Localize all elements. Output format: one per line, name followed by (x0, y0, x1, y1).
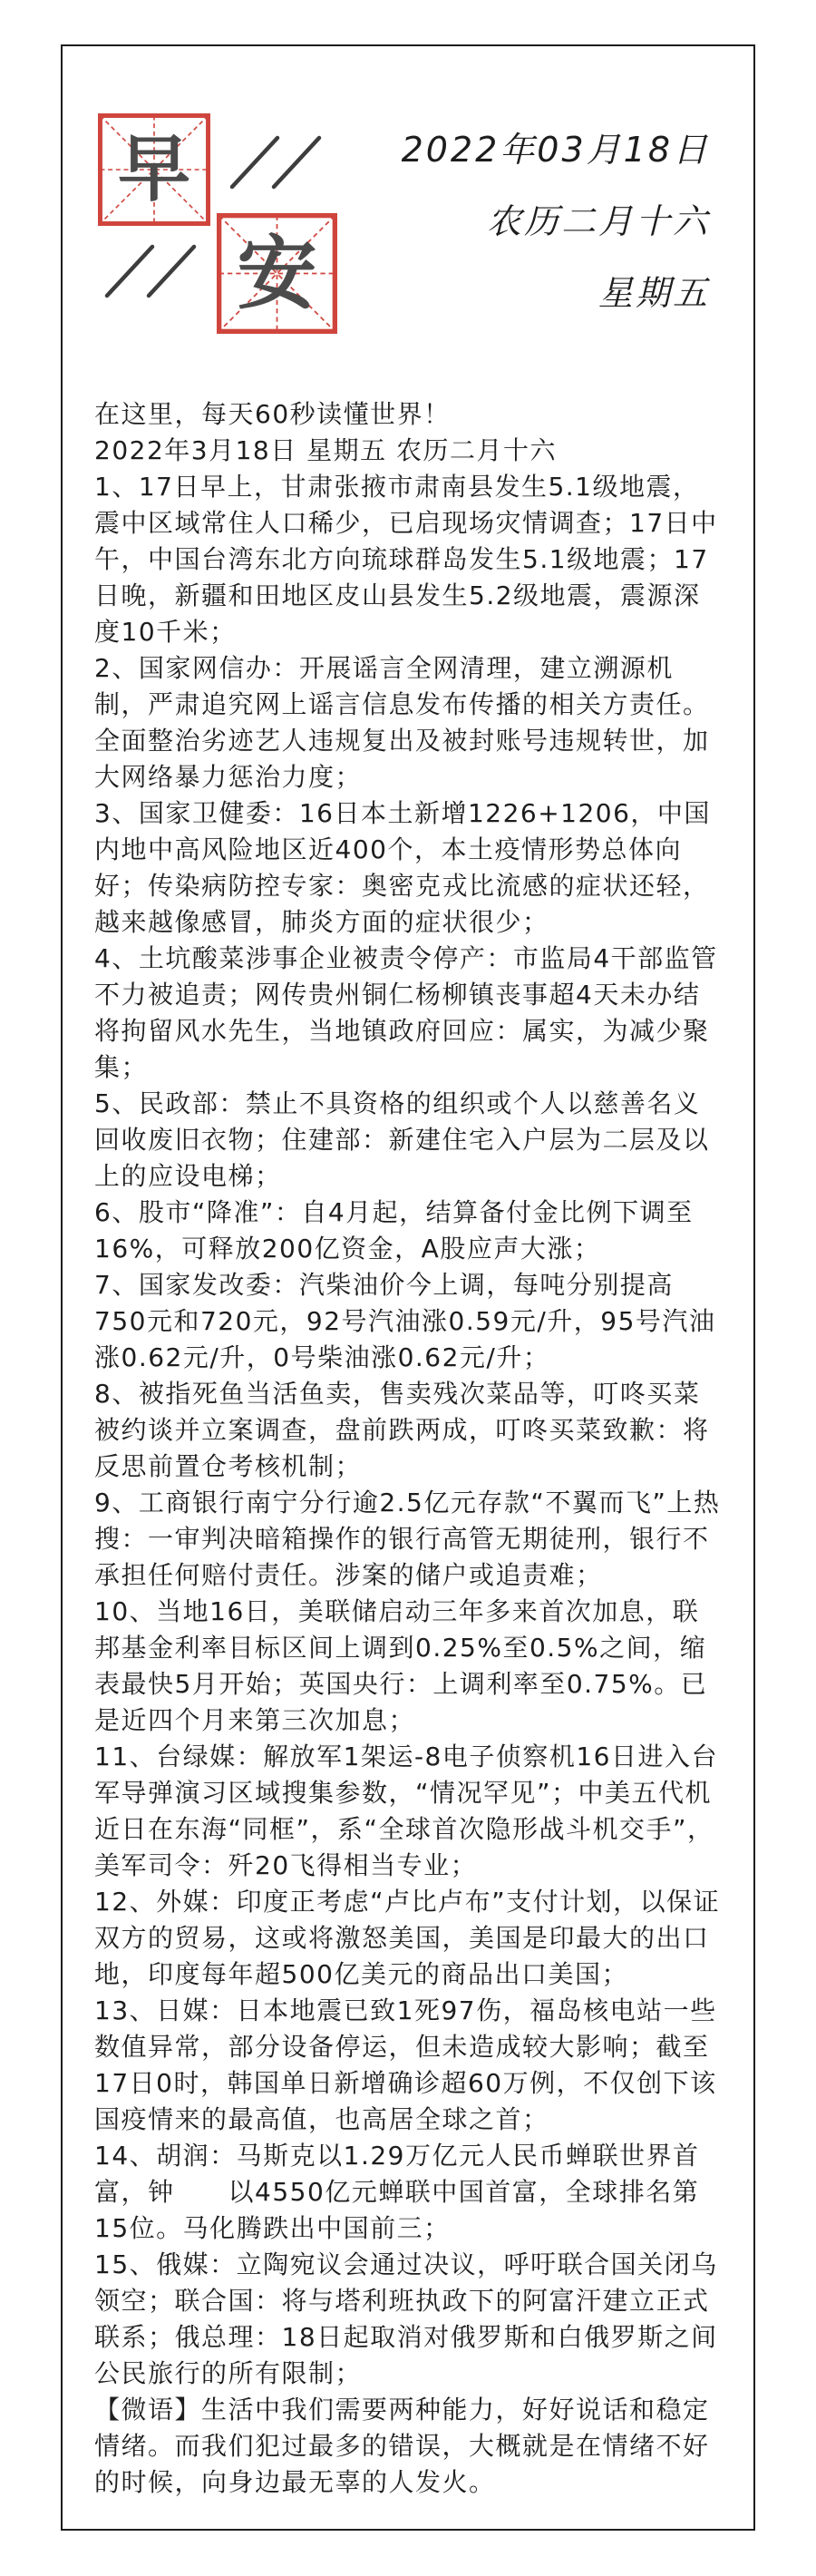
morning-news-card: 早 安 2022年03月18日 农历二月十六 星期五 在这里，每天60秒读懂世界… (0, 0, 816, 2576)
news-item: 10、当地16日，美联储启动三年多来首次加息，联邦基金利率目标区间上调到0.25… (94, 1594, 722, 1739)
calligraphy-box-an: 安 (217, 213, 337, 334)
news-item: 14、胡润：马斯克以1.29万亿元人民币蝉联世界首富，钟 以4550亿元蝉联中国… (94, 2138, 722, 2247)
news-item: 1、17日早上，甘肃张掖市肃南县发生5.1级地震，震中区域常住人口稀少，已启现场… (94, 469, 722, 650)
intro-line: 在这里，每天60秒读懂世界！ (94, 396, 722, 433)
slash-decoration-icon (102, 241, 203, 301)
calligraphy-box-zao: 早 (98, 113, 210, 226)
news-item: 8、被指死鱼当活鱼卖，售卖残次菜品等，叮咚买菜被约谈并立案调查，盘前跌两成，叮咚… (94, 1376, 722, 1485)
news-item: 15、俄媒：立陶宛议会通过决议，呼吁联合国关闭乌领空；联合国：将与塔利班执政下的… (94, 2247, 722, 2392)
date-block: 2022年03月18日 农历二月十六 星期五 (402, 114, 710, 329)
news-item: 12、外媒：印度正考虑“卢比卢布”支付计划，以保证双方的贸易，这或将激怒美国，美… (94, 1884, 722, 1993)
date-line: 2022年03月18日 (402, 114, 710, 186)
slash-decoration-icon (227, 132, 328, 192)
news-item: 3、国家卫健委：16日本土新增1226+1206，中国内地中高风险地区近400个… (94, 795, 722, 941)
news-body: 在这里，每天60秒读懂世界！ 2022年3月18日 星期五 农历二月十六 1、1… (94, 396, 722, 2501)
news-item: 5、民政部：禁止不具资格的组织或个人以慈善名义回收废旧衣物；住建部：新建住宅入户… (94, 1086, 722, 1195)
news-item: 6、股市“降准”：自4月起，结算备付金比例下调至16%，可释放200亿资金，A股… (94, 1195, 722, 1267)
news-item: 4、土坑酸菜涉事企业被责令停产：市监局4干部监管不力被追责；网传贵州铜仁杨柳镇丧… (94, 941, 722, 1086)
title-char-an: 安 (237, 234, 316, 314)
news-item: 2、国家网信办：开展谣言全网清理，建立溯源机制，严肃追究网上谣言信息发布传播的相… (94, 650, 722, 795)
closing-remark: 【微语】生活中我们需要两种能力，好好说话和稳定情绪。而我们犯过最多的错误，大概就… (94, 2392, 722, 2501)
news-item: 9、工商银行南宁分行逾2.5亿元存款“不翼而飞”上热搜：一审判决暗箱操作的银行高… (94, 1485, 722, 1594)
lunar-date-line: 农历二月十六 (402, 186, 710, 258)
news-item: 13、日媒：日本地震已致1死97伤，福岛核电站一些数值异常，部分设备停运，但未造… (94, 1993, 722, 2138)
weekday-line: 星期五 (402, 258, 710, 329)
date-summary-line: 2022年3月18日 星期五 农历二月十六 (94, 433, 722, 469)
news-item: 7、国家发改委：汽柴油价今上调，每吨分别提高750元和720元，92号汽油涨0.… (94, 1267, 722, 1376)
news-item: 11、台绿媒：解放军1架运-8电子侦察机16日进入台军导弹演习区域搜集参数，“情… (94, 1739, 722, 1884)
title-char-zao: 早 (118, 133, 190, 206)
